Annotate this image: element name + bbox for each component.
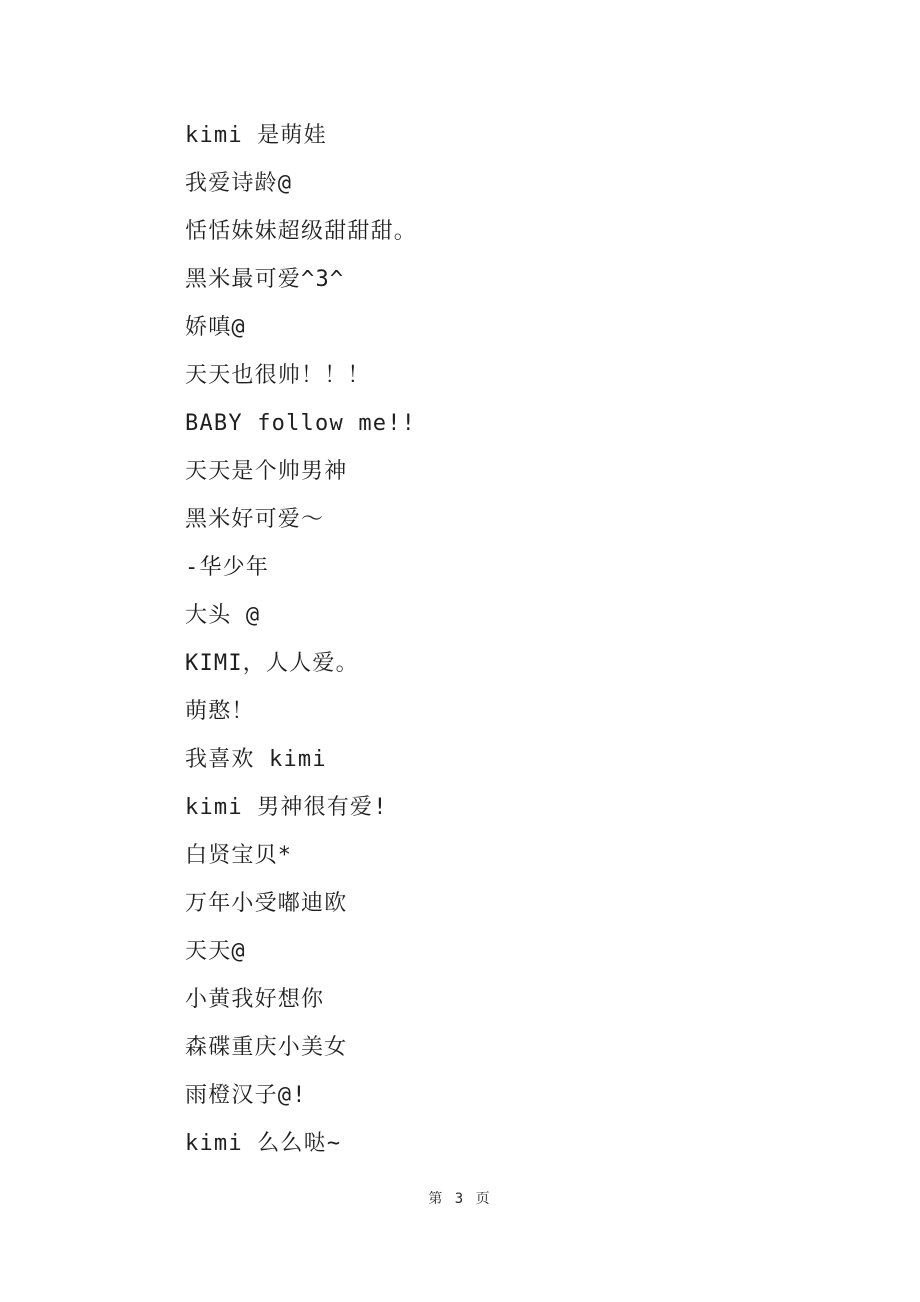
text-line: KIMI，人人爱。 — [185, 640, 840, 688]
text-line: 恬恬妹妹超级甜甜甜。 — [185, 208, 840, 256]
document-page: kimi 是萌娃 我爱诗龄@ 恬恬妹妹超级甜甜甜。 黑米最可爱^3^ 娇嗔@ 天… — [0, 0, 920, 1302]
text-line: 萌憨！ — [185, 688, 840, 736]
text-line: 娇嗔@ — [185, 304, 840, 352]
text-line: 万年小受嘟迪欧 — [185, 880, 840, 928]
text-block: kimi 是萌娃 我爱诗龄@ 恬恬妹妹超级甜甜甜。 黑米最可爱^3^ 娇嗔@ 天… — [185, 112, 840, 1168]
text-line: 天天@ — [185, 928, 840, 976]
text-line: 小黄我好想你 — [185, 976, 840, 1024]
page-number-footer: 第 3 页 — [0, 1188, 920, 1210]
text-line: 大头 @ — [185, 592, 840, 640]
text-line: 天天也很帅！！！ — [185, 352, 840, 400]
text-line: -华少年 — [185, 544, 840, 592]
text-line: kimi 是萌娃 — [185, 112, 840, 160]
text-line: 我喜欢 kimi — [185, 736, 840, 784]
text-line: BABY follow me!! — [185, 400, 840, 448]
text-line: kimi 男神很有爱! — [185, 784, 840, 832]
text-line: 雨橙汉子@! — [185, 1072, 840, 1120]
text-line: 天天是个帅男神 — [185, 448, 840, 496]
text-line: 白贤宝贝* — [185, 832, 840, 880]
text-line: kimi 么么哒~ — [185, 1120, 840, 1168]
text-line: 森碟重庆小美女 — [185, 1024, 840, 1072]
text-line: 黑米最可爱^3^ — [185, 256, 840, 304]
text-line: 黑米好可爱～ — [185, 496, 840, 544]
text-line: 我爱诗龄@ — [185, 160, 840, 208]
